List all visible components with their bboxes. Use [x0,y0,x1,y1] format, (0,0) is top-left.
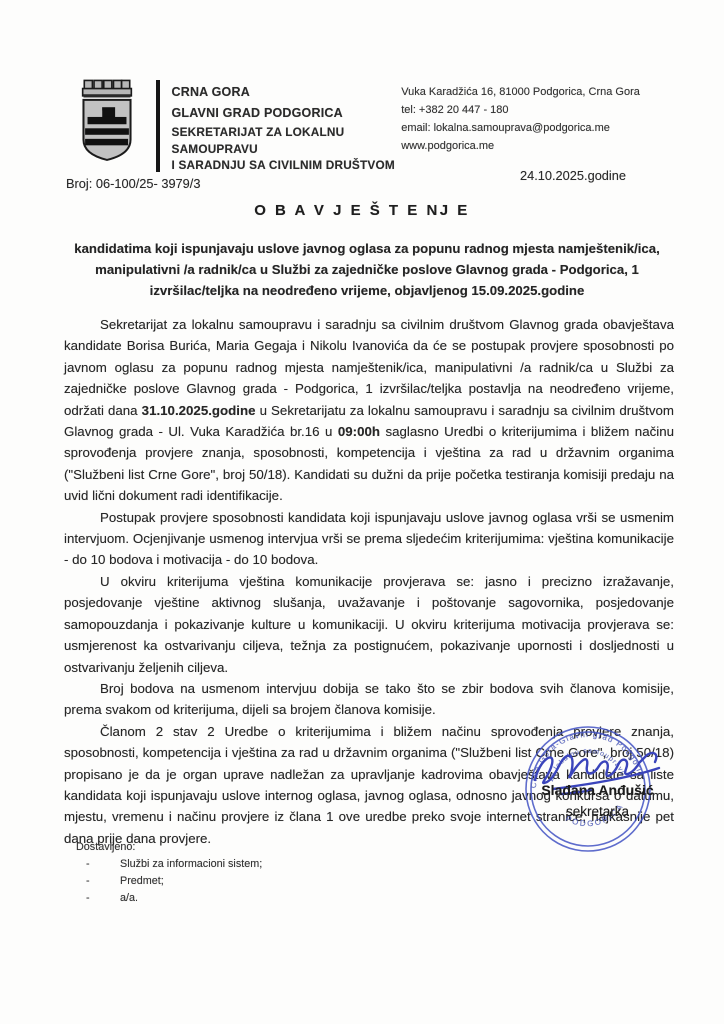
delivery-item: - a/a. [76,890,262,907]
delivery-item: - Predmet; [76,873,262,890]
paragraph-1: Sekretarijat za lokalnu samoupravu i sar… [64,314,674,507]
paragraph-2: Postupak provjere sposobnosti kandidata … [64,507,674,571]
org-country: CRNA GORA [172,82,402,103]
org-city: GLAVNI GRAD PODGORICA [172,103,402,124]
signatory-name: Slađana Anđušić [485,782,710,798]
bullet-dash: - [86,873,98,890]
p1-date-bold: 31.10.2025.godine [142,403,256,418]
signature-block: Crna Gora-Glavni grad Podgorica za lokal… [485,722,710,862]
scanned-document-page: CRNA GORA GLAVNI GRAD PODGORICA SEKRETAR… [0,0,724,1024]
delivery-label: Dostavljeno: [76,839,262,856]
p1-time-bold: 09:00h [338,424,380,439]
podgorica-coat-of-arms-icon [66,78,148,164]
letterhead: CRNA GORA GLAVNI GRAD PODGORICA SEKRETAR… [66,78,674,174]
contact-web: www.podgorica.me [401,137,674,155]
letterhead-divider [156,80,160,172]
paragraph-4: Broj bodova na usmenom intervjuu dobija … [64,678,674,721]
org-dept-line1: SEKRETARIJAT ZA LOKALNU SAMOUPRAVU [172,124,402,157]
delivery-item-text: a/a. [120,890,138,907]
delivery-item: - Službi za informacioni sistem; [76,856,262,873]
document-subtitle: kandidatima koji ispunjavaju uslove javn… [58,238,676,301]
document-date: 24.10.2025.godine [520,168,626,183]
document-title: O B A V J E Š T E NJ E [0,202,724,219]
signatory-role: sekretarka [485,804,710,819]
org-dept-line2: I SARADNJU SA CIVILNIM DRUŠTVOM [172,157,402,174]
document-number: Broj: 06-100/25- 3979/3 [66,176,200,191]
delivery-item-text: Predmet; [120,873,164,890]
contact-address: Vuka Karadžića 16, 81000 Podgorica, Crna… [401,83,674,101]
contact-email: email: lokalna.samouprava@podgorica.me [401,119,674,137]
bullet-dash: - [86,890,98,907]
bullet-dash: - [86,856,98,873]
organization-block: CRNA GORA GLAVNI GRAD PODGORICA SEKRETAR… [172,78,402,174]
contact-block: Vuka Karadžića 16, 81000 Podgorica, Crna… [401,78,674,174]
letterhead-left: CRNA GORA GLAVNI GRAD PODGORICA SEKRETAR… [66,78,401,174]
contact-tel: tel: +382 20 447 - 180 [401,101,674,119]
delivery-footer: Dostavljeno: - Službi za informacioni si… [76,839,262,907]
delivery-item-text: Službi za informacioni sistem; [120,856,262,873]
paragraph-3: U okviru kriterijuma vještina komunikaci… [64,571,674,678]
